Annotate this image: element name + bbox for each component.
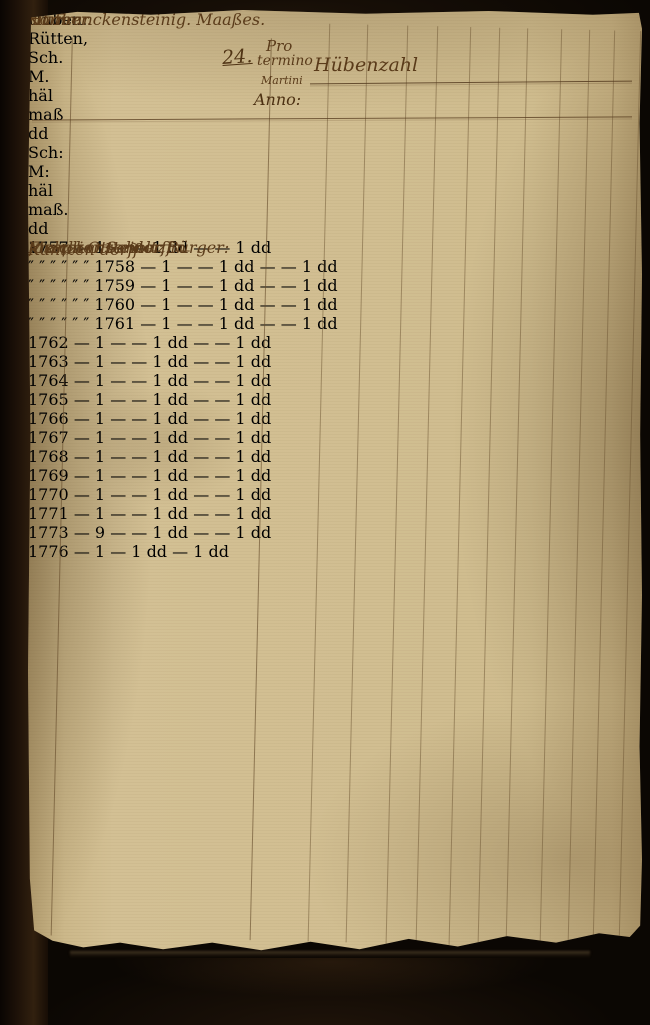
column-rule: [346, 25, 369, 943]
column-rule: [478, 28, 501, 946]
margin-rule: [51, 38, 73, 936]
termino-line-2: termino: [257, 53, 313, 69]
termino-line-3: Martini: [261, 74, 303, 87]
book-edge-shadow: [110, 958, 550, 998]
page-bottom-edge: [70, 951, 590, 958]
column-rule: [308, 24, 331, 942]
column-rule: [250, 38, 272, 940]
section-title-hubenzahl: Hübenzahl: [314, 54, 418, 76]
column-rule: [449, 27, 472, 945]
year-column-header: Anno:: [254, 90, 301, 109]
column-rule: [593, 30, 616, 948]
column-rule: [619, 31, 642, 949]
column-rule: [506, 28, 529, 946]
column-rule: [386, 26, 409, 944]
column-rule: [540, 29, 563, 947]
ledger-page: 24. Pro termino Martini Anno: Hübenzahl …: [28, 10, 642, 954]
signature: Joseph Ottendorff: [28, 238, 172, 257]
column-rules: [17, 3, 650, 961]
column-rule: [416, 26, 439, 944]
column-rule: [568, 30, 591, 948]
page-number: 24.: [221, 45, 253, 69]
